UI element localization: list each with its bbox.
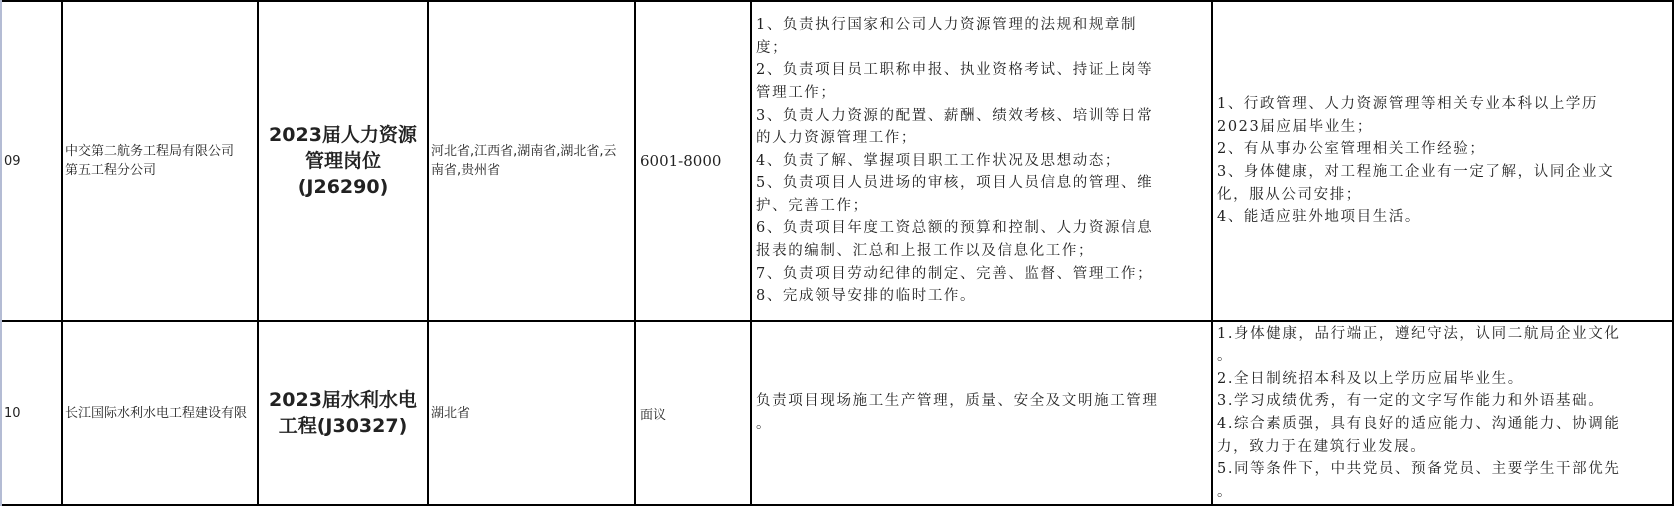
- job-listing-table: 09 中交第二航务工程局有限公司 第五工程分公司 2023届人力资源 管理岗位 …: [2, 0, 1674, 506]
- position-title-line[interactable]: 2023届水利水电: [261, 387, 425, 413]
- duty-line: 4、负责了解、掌握项目职工工作状况及思想动态；: [756, 150, 1209, 173]
- duty-line: 度；: [756, 37, 1209, 60]
- duty-line: 7、负责项目劳动纪律的制定、完善、监督、管理工作；: [756, 263, 1209, 286]
- duty-line: 6、负责项目年度工资总额的预算和控制、人力资源信息: [756, 217, 1209, 240]
- region-cell: 湖北省: [428, 321, 635, 505]
- requirement-line: 3、身体健康，对工程施工企业有一定了解，认同企业文: [1217, 161, 1670, 184]
- duty-line: 5、负责项目人员进场的审核，项目人员信息的管理、维: [756, 172, 1209, 195]
- duty-line: 负责项目现场施工生产管理，质量、安全及文明施工管理: [756, 390, 1209, 413]
- position-title-line[interactable]: 2023届人力资源: [261, 122, 425, 148]
- row-number-cell: 10: [2, 321, 62, 505]
- table-row: 09 中交第二航务工程局有限公司 第五工程分公司 2023届人力资源 管理岗位 …: [2, 1, 1673, 321]
- duty-line: 。: [756, 413, 1209, 436]
- table-row: 10 长江国际水利水电工程建设有限 2023届水利水电 工程(J30327) 湖…: [2, 321, 1673, 505]
- row-number-cell: 09: [2, 1, 62, 321]
- requirement-line: 3.学习成绩优秀，有一定的文字写作能力和外语基础。: [1217, 390, 1670, 413]
- requirements-cell: 1、行政管理、人力资源管理等相关专业本科以上学历 2023届应届毕业生； 2、有…: [1212, 1, 1673, 321]
- requirement-line: 5.同等条件下，中共党员、预备党员、主要学生干部优先: [1217, 458, 1670, 481]
- position-title-line[interactable]: 工程(J30327): [261, 413, 425, 439]
- duty-line: 8、完成领导安排的临时工作。: [756, 285, 1209, 308]
- salary-cell: 面议: [635, 321, 751, 505]
- company-name-line: 中交第二航务工程局有限公司: [65, 142, 255, 161]
- requirement-line: 。: [1217, 481, 1670, 504]
- requirement-line: 2、有从事办公室管理相关工作经验；: [1217, 138, 1670, 161]
- salary-value: 6001-8000: [640, 152, 721, 170]
- row-number: 10: [4, 406, 21, 421]
- position-title-cell[interactable]: 2023届人力资源 管理岗位 (J26290): [258, 1, 428, 321]
- region-line: 湖北省: [431, 404, 632, 423]
- region-cell: 河北省,江西省,湖南省,湖北省,云 南省,贵州省: [428, 1, 635, 321]
- duty-line: 3、负责人力资源的配置、薪酬、绩效考核、培训等日常: [756, 105, 1209, 128]
- requirement-line: 。: [1217, 345, 1670, 368]
- company-name-line: 长江国际水利水电工程建设有限: [65, 404, 255, 423]
- duty-line: 1、负责执行国家和公司人力资源管理的法规和规章制: [756, 14, 1209, 37]
- region-line: 河北省,江西省,湖南省,湖北省,云: [431, 142, 632, 161]
- company-cell: 长江国际水利水电工程建设有限: [62, 321, 258, 505]
- duty-line: 报表的编制、汇总和上报工作以及信息化工作；: [756, 240, 1209, 263]
- salary-cell: 6001-8000: [635, 1, 751, 321]
- company-cell: 中交第二航务工程局有限公司 第五工程分公司: [62, 1, 258, 321]
- requirement-line: 力，致力于在建筑行业发展。: [1217, 436, 1670, 459]
- duties-cell: 负责项目现场施工生产管理，质量、安全及文明施工管理 。: [751, 321, 1212, 505]
- requirement-line: 1、行政管理、人力资源管理等相关专业本科以上学历: [1217, 93, 1670, 116]
- duty-line: 2、负责项目员工职称申报、执业资格考试、持证上岗等: [756, 59, 1209, 82]
- salary-value: 面议: [640, 408, 666, 423]
- duty-line: 护、完善工作；: [756, 195, 1209, 218]
- region-line: 南省,贵州省: [431, 161, 632, 180]
- requirement-line: 4、能适应驻外地项目生活。: [1217, 206, 1670, 229]
- duties-cell: 1、负责执行国家和公司人力资源管理的法规和规章制 度； 2、负责项目员工职称申报…: [751, 1, 1212, 321]
- duty-line: 管理工作；: [756, 82, 1209, 105]
- row-number: 09: [4, 154, 21, 169]
- requirement-line: 2023届应届毕业生；: [1217, 116, 1670, 139]
- position-title-cell[interactable]: 2023届水利水电 工程(J30327): [258, 321, 428, 505]
- requirement-line: 1.身体健康，品行端正，遵纪守法，认同二航局企业文化: [1217, 323, 1670, 346]
- position-title-line[interactable]: 管理岗位: [261, 148, 425, 174]
- requirement-line: 化，服从公司安排；: [1217, 184, 1670, 207]
- duty-line: 的人力资源管理工作；: [756, 127, 1209, 150]
- requirement-line: 2.全日制统招本科及以上学历应届毕业生。: [1217, 368, 1670, 391]
- company-name-line: 第五工程分公司: [65, 161, 255, 180]
- requirement-line: 4.综合素质强，具有良好的适应能力、沟通能力、协调能: [1217, 413, 1670, 436]
- requirements-cell: 1.身体健康，品行端正，遵纪守法，认同二航局企业文化 。 2.全日制统招本科及以…: [1212, 321, 1673, 505]
- position-code[interactable]: (J26290): [261, 174, 425, 200]
